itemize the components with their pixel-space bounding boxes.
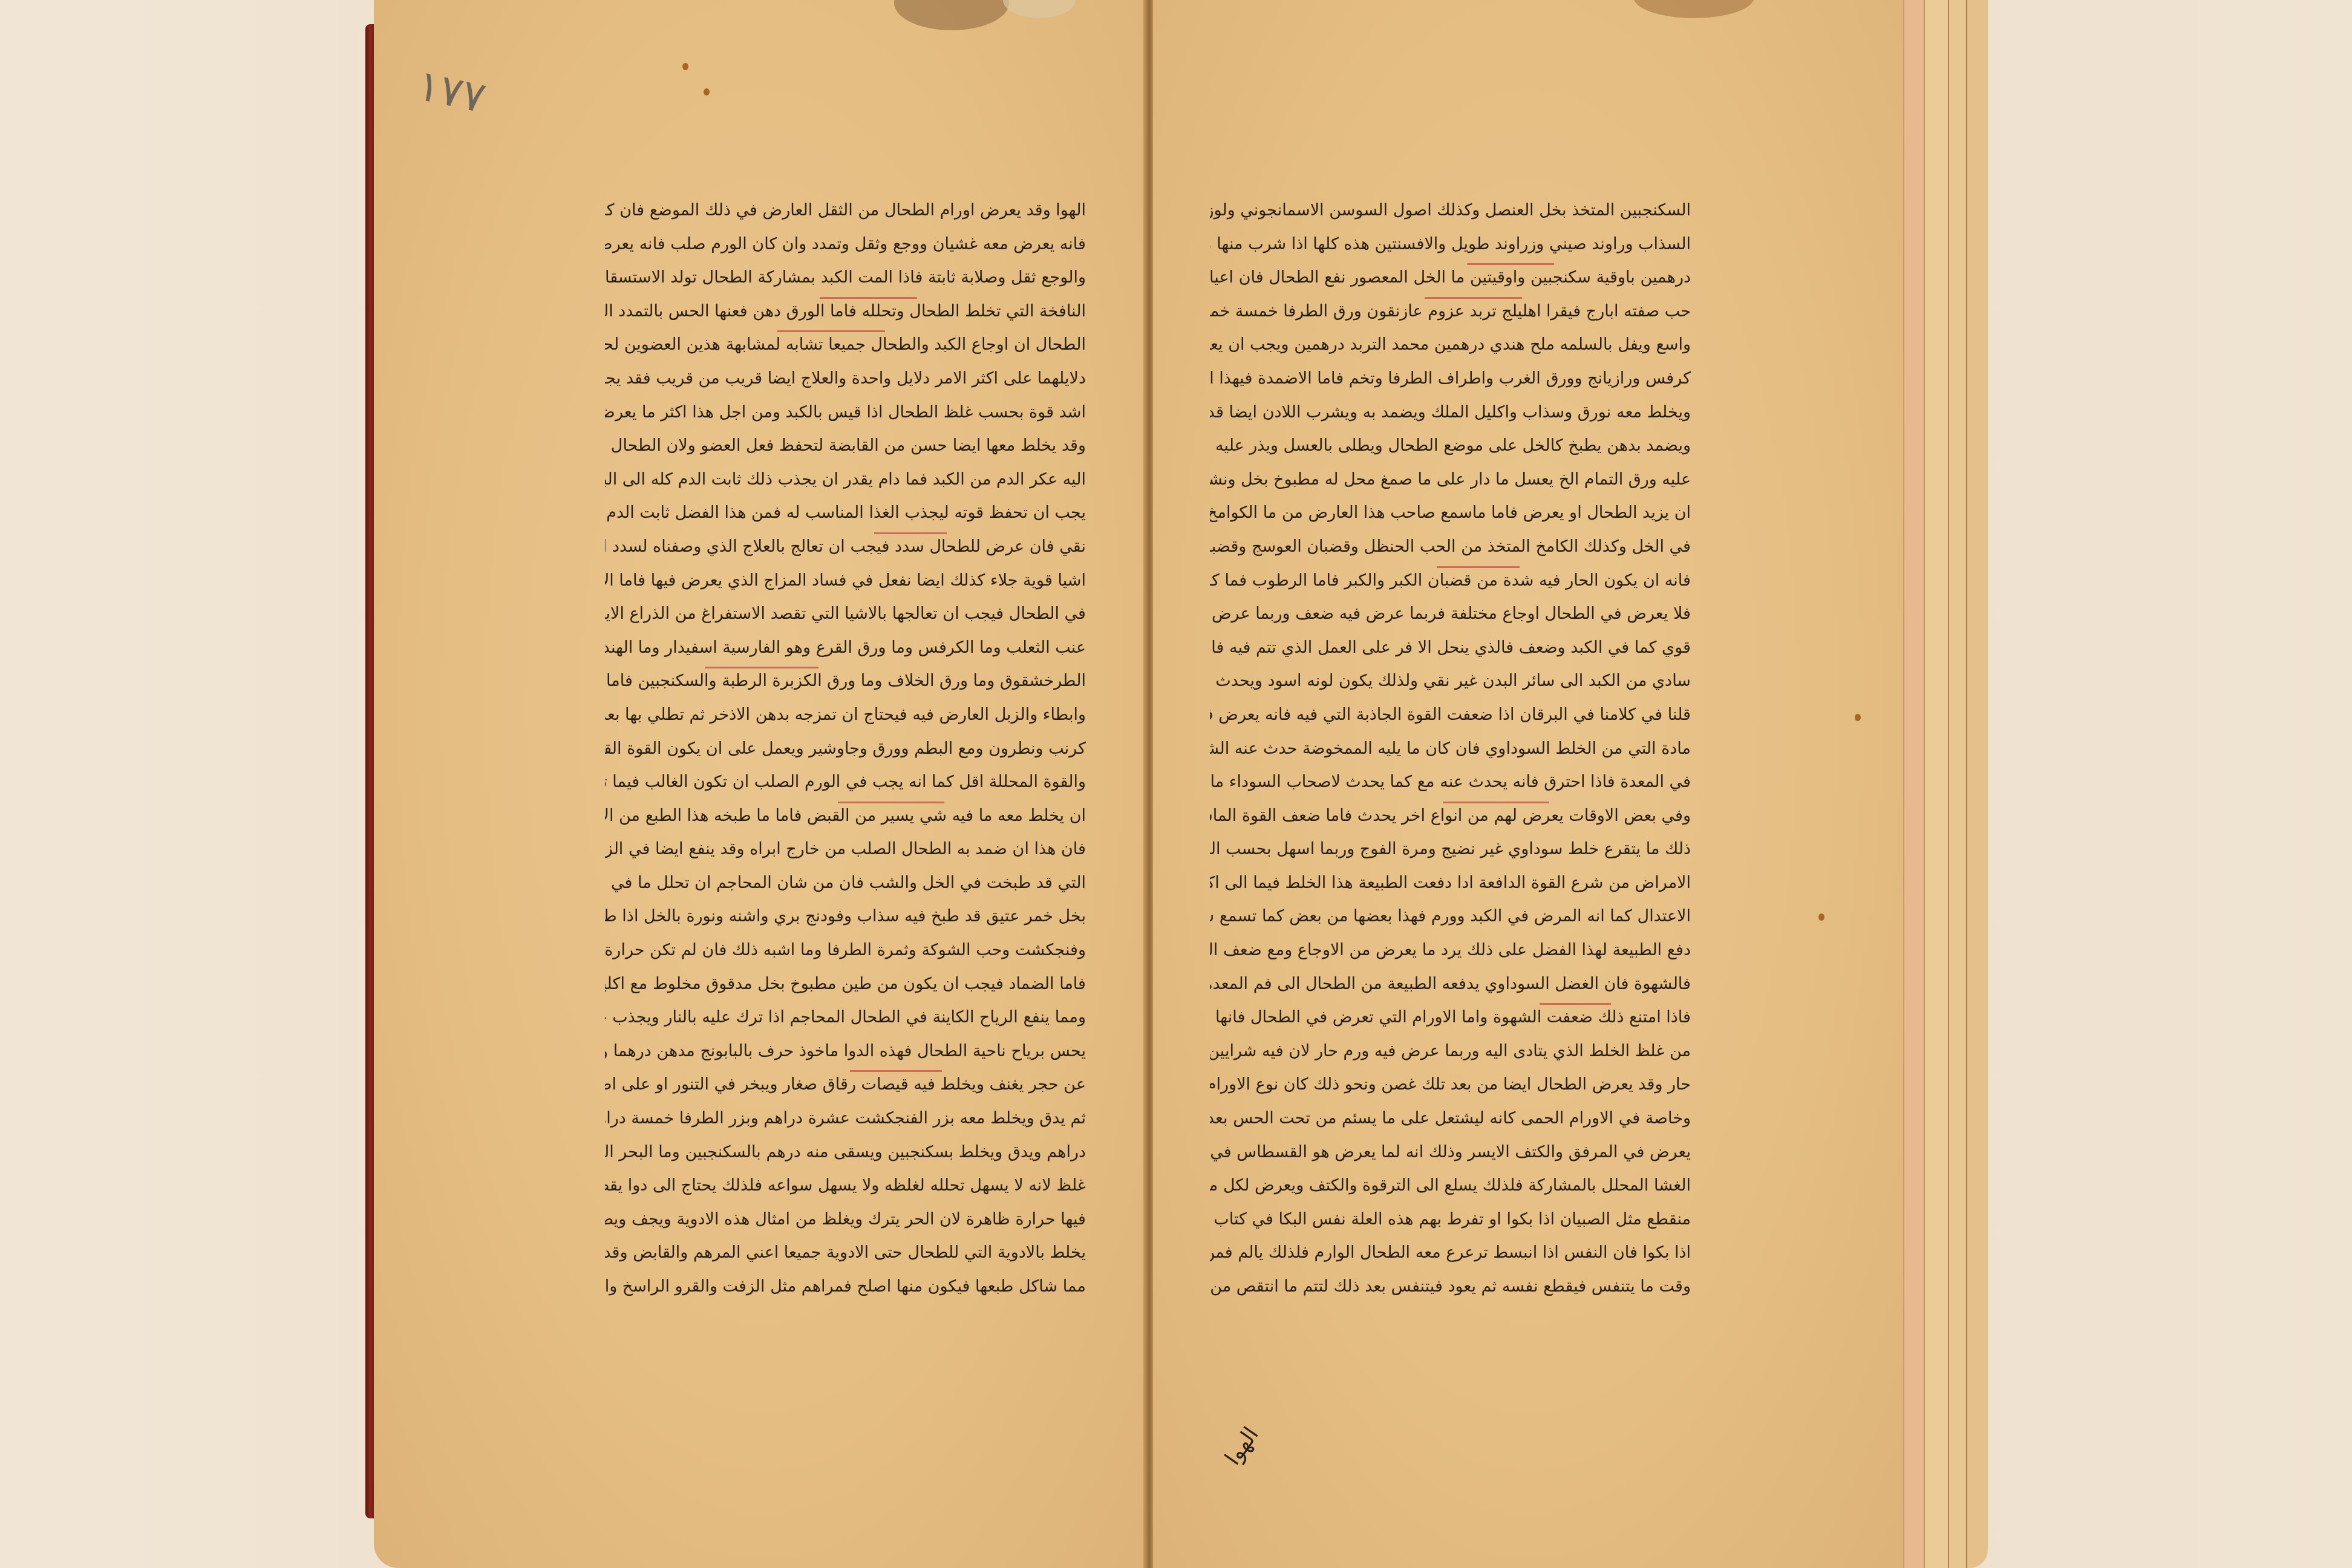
manuscript-line: عليه ورق التمام الخ يعسل ما دار على ما ص…: [1210, 463, 1691, 497]
manuscript-line: والقوة المحللة اقل كما انه يجب في الورم …: [605, 765, 1086, 799]
manuscript-line: يجب ان تحفظ قوته ليجذب الغذا المناسب له …: [605, 496, 1086, 530]
ink-spot: [1855, 714, 1861, 721]
water-stain: [894, 0, 1009, 30]
manuscript-line: ان يزيد الطحال او يعرض فاما ماسمع صاحب ه…: [1210, 496, 1691, 530]
manuscript-line: التي قد طبخت في الخل والشب فان من شان ال…: [605, 866, 1086, 900]
manuscript-line: نقي فان عرض للطحال سدد فيجب ان تعالج بال…: [605, 530, 1086, 564]
manuscript-line: الامراض من شرع القوة الدافعة ادا دفعت ال…: [1210, 866, 1691, 900]
manuscript-line: وقد يخلط معها ايضا حسن من القابضة لتحفظ …: [605, 429, 1086, 463]
manuscript-line: ومما ينفع الرياح الكاينة في الطحال المحا…: [605, 1001, 1086, 1034]
manuscript-line: كرنب ونطرون ومع البطم وورق وجاوشير ويعمل…: [605, 732, 1086, 766]
manuscript-line: في المعدة فاذا احترق فانه يحدث عنه مع كم…: [1210, 765, 1691, 799]
manuscript-line: السذاب وراوند صيني وزراوند طويل والافسنت…: [1210, 227, 1691, 261]
manuscript-line: الطحال ان اوجاع الكبد والطحال جميعا تشاب…: [605, 328, 1086, 362]
manuscript-line: بخل خمر عتيق قد طبخ فيه سذاب وفودنج بري …: [605, 900, 1086, 933]
manuscript-line: قلنا في كلامنا في البرقان اذا ضعفت القوة…: [1210, 698, 1691, 732]
water-stain: [1003, 0, 1076, 18]
water-stain: [1633, 0, 1754, 18]
manuscript-line: الهوا وقد يعرض اورام الطحال من الثقل الع…: [605, 194, 1086, 227]
fore-edge-leaf: [1924, 0, 1949, 1568]
manuscript-line: غلظ لانه لا يسهل تحلله لغلظه ولا يسهل سو…: [605, 1169, 1086, 1203]
manuscript-line: سادي من الكبد الى سائر البدن غير نقي ولذ…: [1210, 664, 1691, 698]
left-page-text: الهوا وقد يعرض اورام الطحال من الثقل الع…: [605, 194, 1086, 1304]
manuscript-line: يحس برياح ناحية الطحال فهذه الدوا ماخوذ …: [605, 1034, 1086, 1068]
manuscript-line: في الخل وكذلك الكامخ المتخذ من الحب الحن…: [1210, 530, 1691, 564]
manuscript-line: دراهم ويدق ويخلط بسكنجبين ويسقى منه درهم…: [605, 1135, 1086, 1169]
manuscript-line: كرفس ورازيانج وورق الغرب واطراف الطرفا و…: [1210, 362, 1691, 396]
manuscript-line: ويخلط معه نورق وسذاب واكليل الملك ويضمد …: [1210, 396, 1691, 430]
manuscript-line: فانه ان يكون الحار فيه شدة من قضبان الكب…: [1210, 564, 1691, 598]
manuscript-line: والوجع ثقل وصلابة ثابتة فاذا المت الكبد …: [605, 261, 1086, 295]
manuscript-line: عن حجر يغنف ويخلط فيه قيصات رقاق صغار وي…: [605, 1068, 1086, 1102]
manuscript-line: فلا يعرض في الطحال اوجاع مختلفة فربما عر…: [1210, 597, 1691, 631]
manuscript-spread: ١٧٧ الهوا وقد يعرض اورام الطحال من الثقل…: [0, 0, 2352, 1568]
ink-spot: [682, 63, 688, 70]
manuscript-line: ان يخلط معه ما فيه شي يسير من القبض فاما…: [605, 799, 1086, 833]
manuscript-line: منقطع مثل الصبيان اذا بكوا او تفرط بهم ه…: [1210, 1203, 1691, 1236]
manuscript-line: دلايلهما على اكثر الامر دلايل واحدة والع…: [605, 362, 1086, 396]
manuscript-line: اليه عكر الدم من الكبد فما دام يقدر ان ي…: [605, 463, 1086, 497]
manuscript-line: حب صفته ابارج فيقرا اهليلج تربد عزوم عاز…: [1210, 295, 1691, 328]
fore-edge-leaf: [1966, 0, 1988, 1568]
manuscript-line: مادة التي من الخلط السوداوي فان كان ما ي…: [1210, 732, 1691, 766]
ink-spot: [704, 88, 710, 96]
manuscript-line: عنب الثعلب وما الكرفس وما ورق القرع وهو …: [605, 631, 1086, 665]
manuscript-line: حار وقد يعرض الطحال ايضا من بعد تلك غصن …: [1210, 1068, 1691, 1102]
fore-edge-leaf: [1948, 0, 1967, 1568]
manuscript-line: الاعتدال كما انه المرض في الكبد وورم فهذ…: [1210, 900, 1691, 933]
manuscript-line: ثم يدق ويخلط معه بزر الفنجكشت عشرة دراهم…: [605, 1102, 1086, 1135]
manuscript-line: درهمين باوقية سكنجبين واوقيتين ما الخل ا…: [1210, 261, 1691, 295]
manuscript-line: وقت ما يتنفس فيقطع نفسه ثم يعود فيتنفس ب…: [1210, 1270, 1691, 1304]
manuscript-line: السكنجبين المتخذ بخل العنصل وكذلك اصول ا…: [1210, 194, 1691, 227]
manuscript-line: دفع الطبيعة لهذا الفضل على ذلك يرد ما يع…: [1210, 933, 1691, 967]
manuscript-line: اشيا قوية جلاء كذلك ايضا نفعل في فساد ال…: [605, 564, 1086, 598]
manuscript-line: النافخة التي تخلط الطحال وتحلله فاما الو…: [605, 295, 1086, 328]
right-page-text: السكنجبين المتخذ بخل العنصل وكذلك اصول ا…: [1210, 194, 1691, 1304]
manuscript-line: الطرخشقوق وما ورق الخلاف وما ورق الكزبرة…: [605, 664, 1086, 698]
manuscript-line: فيها حرارة ظاهرة لان الحر يترك ويغلظ من …: [605, 1203, 1086, 1236]
manuscript-line: اذا بكوا فان النفس اذا انبسط ترعرع معه ا…: [1210, 1236, 1691, 1270]
manuscript-line: يعرض في المرفق والكتف الايسر وذلك انه لم…: [1210, 1135, 1691, 1169]
manuscript-line: فاذا امتنع ذلك ضعفت الشهوة واما الاورام …: [1210, 1001, 1691, 1034]
fore-edge-leaf: [1903, 0, 1925, 1568]
manuscript-line: فالشهوة فان الغضل السوداوي يدفعه الطبيعة…: [1210, 967, 1691, 1001]
manuscript-line: قوي كما في الكبد وضعف فالذي ينحل الا فر …: [1210, 631, 1691, 665]
manuscript-line: واسع ويفل بالسلمه ملح هندي درهمين محمد ا…: [1210, 328, 1691, 362]
manuscript-line: وفي بعض الاوقات يعرض لهم من انواع اخر يح…: [1210, 799, 1691, 833]
manuscript-line: فانه يعرض معه غشيان ووجع وثقل وتمدد وان …: [605, 227, 1086, 261]
manuscript-line: ذلك ما يتقرع خلط سوداوي غير نضيج ومرة ال…: [1210, 832, 1691, 866]
manuscript-line: فاما الضماد فيجب ان يكون من طين مطبوخ بخ…: [605, 967, 1086, 1001]
ink-spot: [1818, 913, 1824, 921]
manuscript-line: وابطاء والزبل العارض فيه فيحتاج ان تمزجه…: [605, 698, 1086, 732]
manuscript-line: في الطحال فيجب ان تعالجها بالاشيا التي ت…: [605, 597, 1086, 631]
manuscript-line: الغشا المحلل بالمشاركة فلذلك يسلع الى ال…: [1210, 1169, 1691, 1203]
manuscript-line: مما شاكل طبعها فيكون منها اصلح فمراهم مث…: [605, 1270, 1086, 1304]
manuscript-line: فان هذا ان ضمد به الطحال الصلب من خارج ا…: [605, 832, 1086, 866]
manuscript-line: يخلط بالادوية التي للطحال حتى الادوية جم…: [605, 1236, 1086, 1270]
manuscript-line: اشد قوة بحسب غلظ الطحال اذا قيس بالكبد و…: [605, 396, 1086, 430]
manuscript-line: وفنجكشت وحب الشوكة وثمرة الطرفا وما اشبه…: [605, 933, 1086, 967]
manuscript-line: وخاصة في الاورام الحمى كانه ليشتعل على م…: [1210, 1102, 1691, 1135]
manuscript-line: ويضمد بدهن يطبخ كالخل على موضع الطحال وي…: [1210, 429, 1691, 463]
manuscript-line: من غلظ الخلط الذي يتادى اليه وربما عرض ف…: [1210, 1034, 1691, 1068]
